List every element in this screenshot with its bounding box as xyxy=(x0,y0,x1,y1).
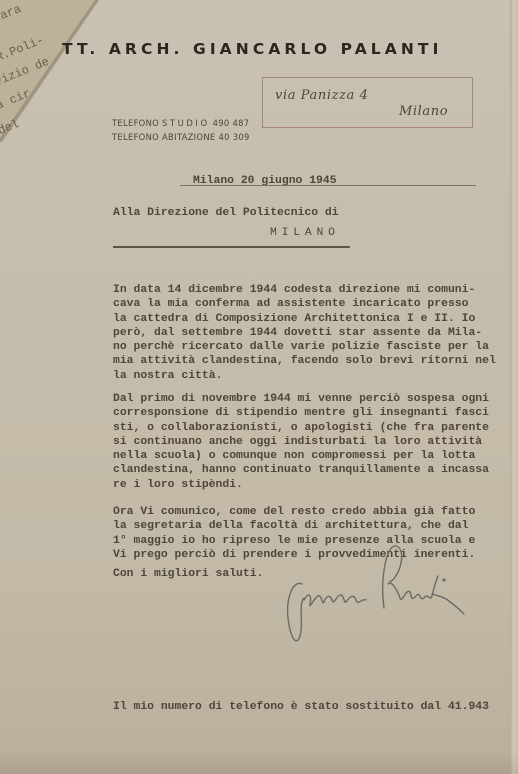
recipient-city: MILANO xyxy=(270,227,340,239)
signature xyxy=(280,540,480,660)
text-line: corresponsione di stipendio mentre gli i… xyxy=(113,406,489,420)
recipient-underline xyxy=(113,246,350,248)
text-line: cava la mia conferma ad assistente incar… xyxy=(113,297,496,311)
stamp-street: via Panizza 4 xyxy=(275,88,368,103)
text-line: re i loro stipèndi. xyxy=(113,478,489,492)
paper-edge xyxy=(510,0,518,774)
text-line: nella scuola) o comunque non compromessi… xyxy=(113,449,489,463)
text-line: In data 14 dicembre 1944 codesta direzio… xyxy=(113,283,496,297)
text-line: la segretaria della facoltà di architett… xyxy=(113,519,475,533)
phone-studio-type: STUDIO xyxy=(162,118,210,128)
phone-studio: TELEFONO STUDIO 490 487 xyxy=(112,116,250,130)
text-line: sti, o collaborazionisti, o apologisti (… xyxy=(113,421,489,435)
letterhead-phones: TELEFONO STUDIO 490 487 TELEFONO ABITAZI… xyxy=(112,116,250,144)
stamp-city: Milano xyxy=(399,104,448,119)
phone-home-type: ABITAZIONE xyxy=(162,132,216,142)
paragraph-1: In data 14 dicembre 1944 codesta direzio… xyxy=(113,283,496,383)
text-line: clandestina, hanno continuato tranquilla… xyxy=(113,463,489,477)
text-line: Ora Vi comunico, come del resto credo ab… xyxy=(113,505,475,519)
text-line: Dal primo di novembre 1944 mi venne perc… xyxy=(113,392,489,406)
text-line: però, dal settembre 1944 dovetti star as… xyxy=(113,326,496,340)
phone-home-number: 40 309 xyxy=(218,132,249,142)
phone-home: TELEFONO ABITAZIONE 40 309 xyxy=(112,130,250,144)
closing: Con i migliori saluti. xyxy=(113,568,263,580)
date-underline xyxy=(180,185,476,186)
phone-studio-number: 490 487 xyxy=(213,118,250,128)
text-line: mia attività clandestina, facendo solo b… xyxy=(113,354,496,368)
text-line: la cattedra di Composizione Architettoni… xyxy=(113,312,496,326)
letterhead-name: TT. ARCH. GIANCARLO PALANTI xyxy=(62,40,442,58)
phone-studio-label: TELEFONO xyxy=(112,118,159,128)
text-line: la nostra città. xyxy=(113,369,496,383)
text-line: si continuano anche oggi indisturbati la… xyxy=(113,435,489,449)
recipient: Alla Direzione del Politecnico di xyxy=(113,207,339,219)
paragraph-2: Dal primo di novembre 1944 mi venne perc… xyxy=(113,392,489,492)
page-bottom-shadow xyxy=(0,750,518,774)
footer-note: Il mio numero di telefono è stato sostit… xyxy=(113,701,489,713)
phone-home-label: TELEFONO xyxy=(112,132,159,142)
address-stamp: via Panizza 4 Milano xyxy=(262,77,473,128)
text-line: no perchè ricercato dalle varie polizie … xyxy=(113,340,496,354)
